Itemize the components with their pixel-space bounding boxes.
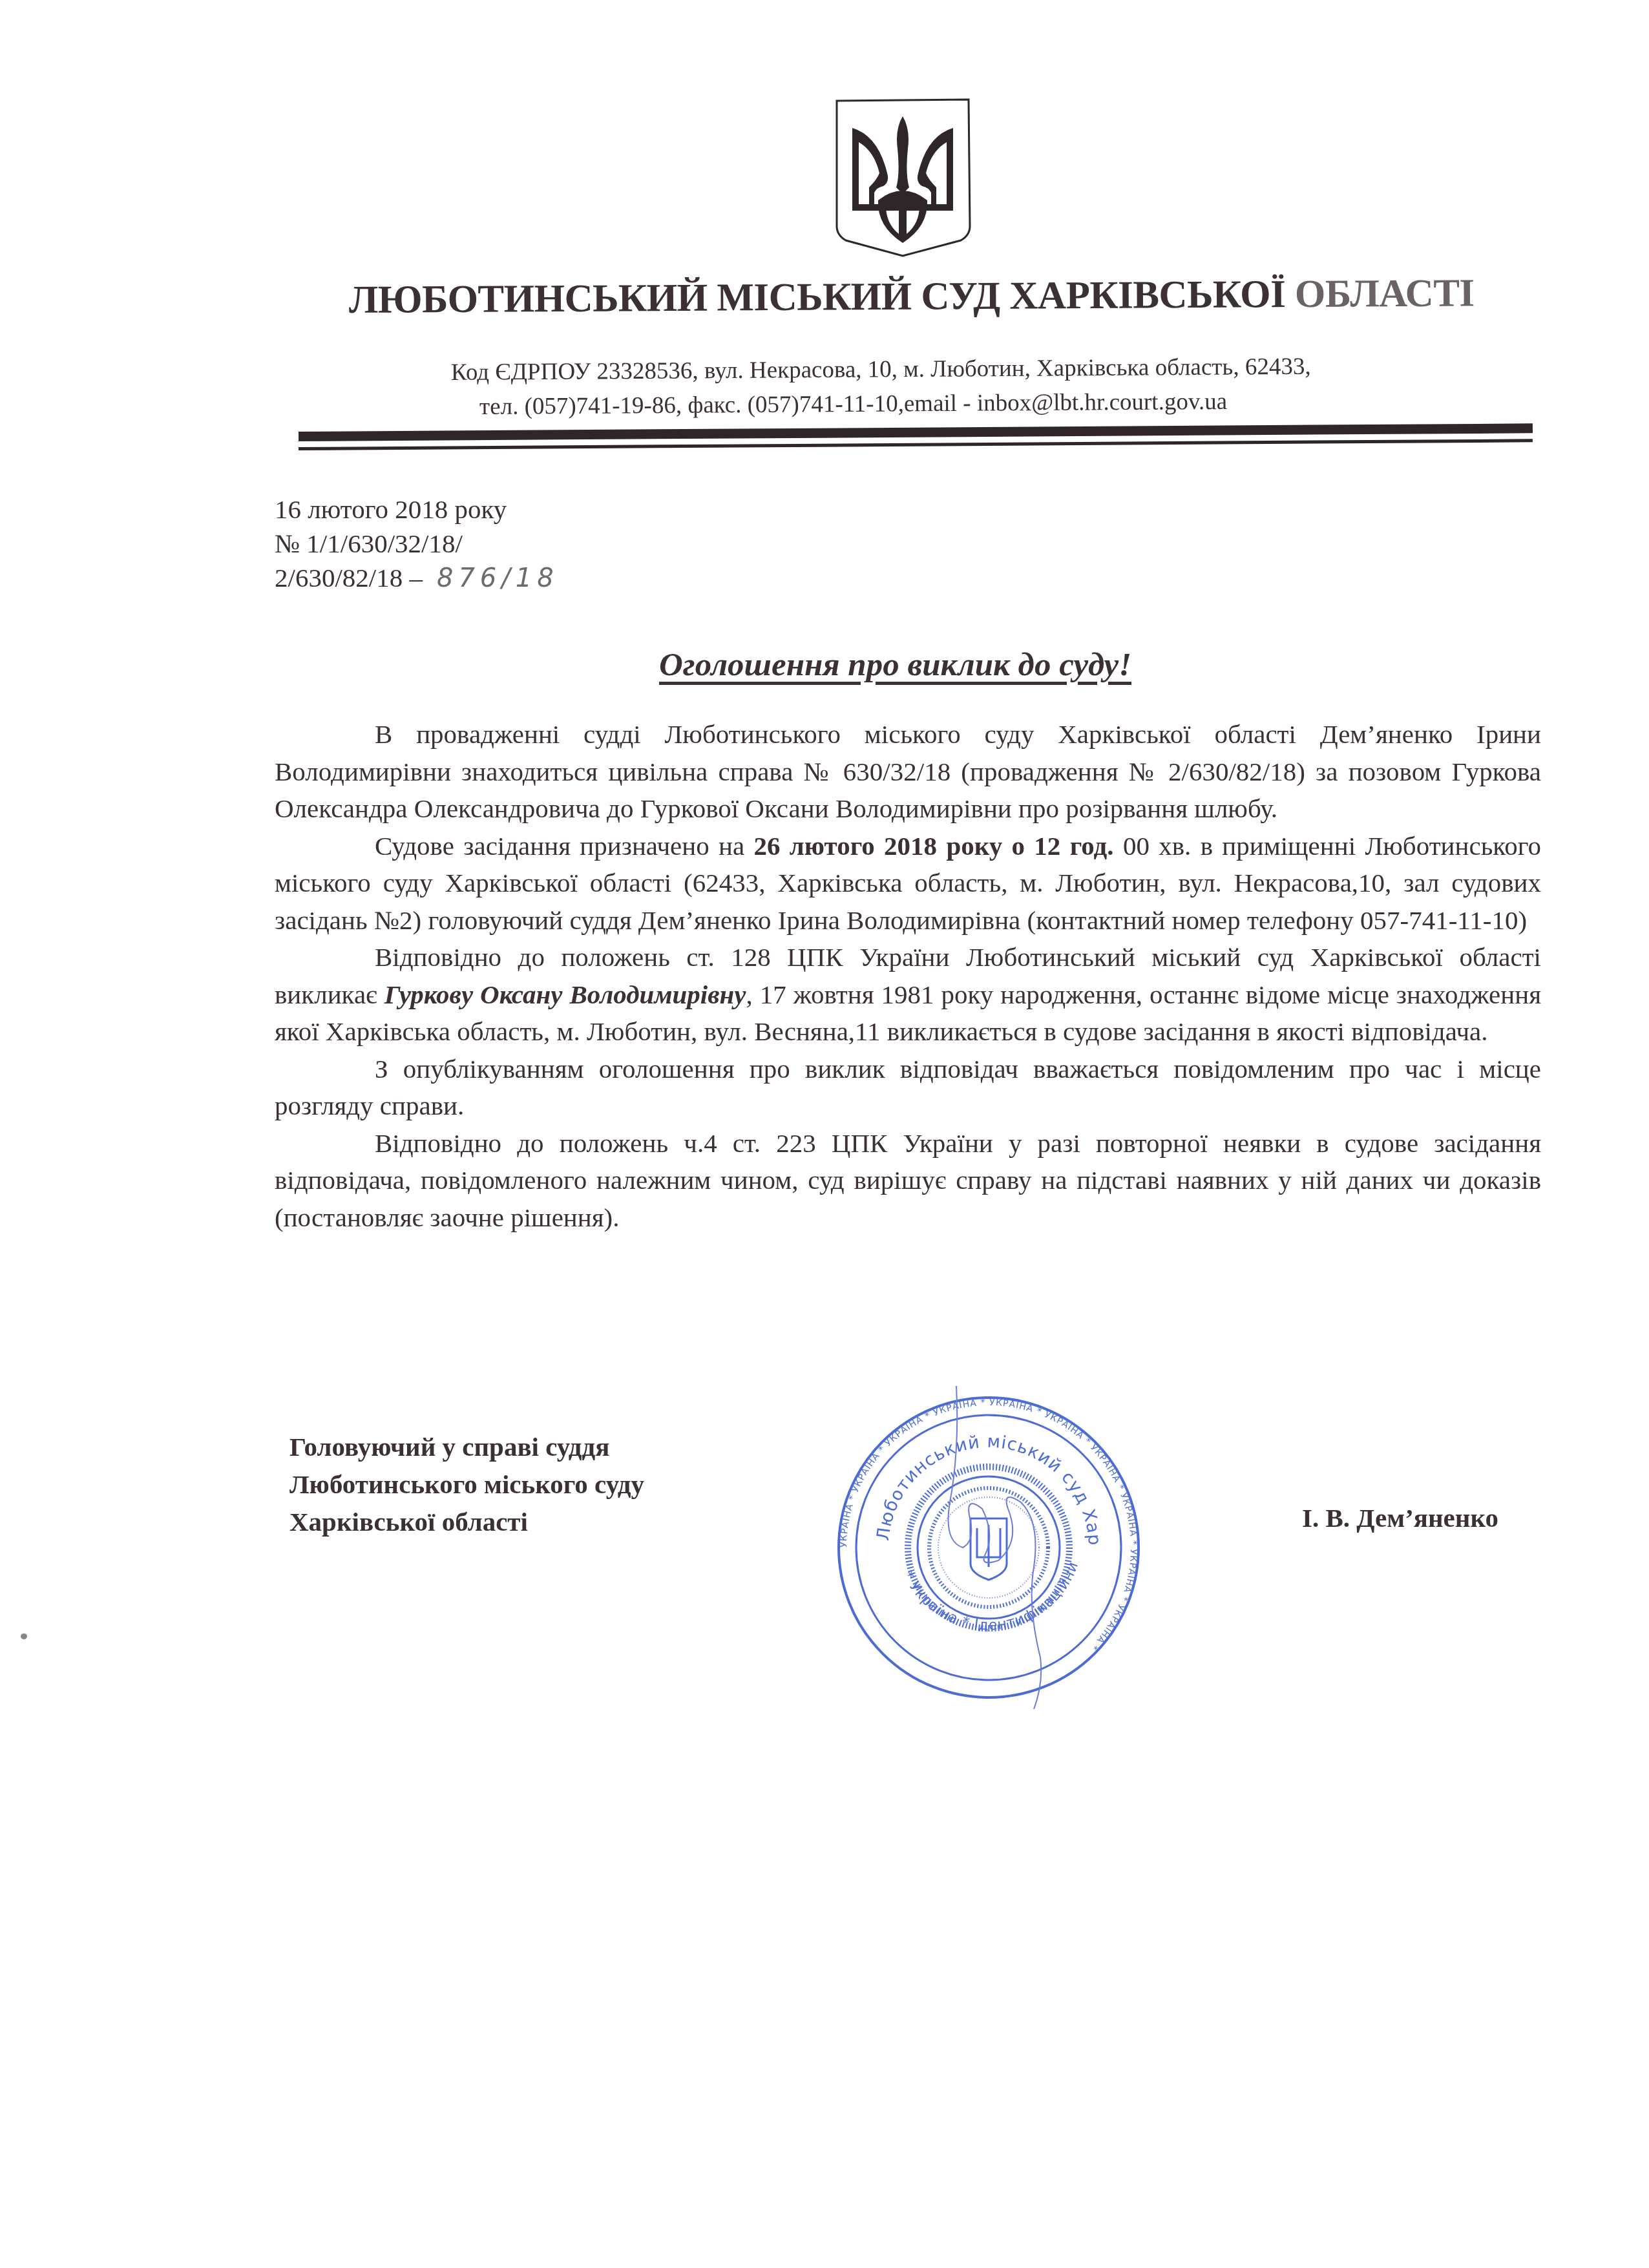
court-title: ЛЮБОТИНСЬКИЙ МІСЬКИЙ СУД ХАРКІВСЬКОЇ ОБЛ… — [349, 271, 1512, 323]
paragraph-summons: Відповідно до положень ст. 128 ЦПК Украї… — [275, 939, 1541, 1051]
hearing-datetime: 26 лютого 2018 року о 12 год. — [753, 831, 1113, 861]
scan-speck — [21, 1633, 27, 1639]
header-divider-thin — [299, 439, 1533, 450]
paragraph-default-judgment: Відповідно до положень ч.4 ст. 223 ЦПК У… — [275, 1125, 1541, 1237]
hearing-intro: Судове засідання призначено на — [375, 831, 753, 861]
document-date: 16 лютого 2018 року — [275, 492, 559, 527]
header-divider-thick — [299, 423, 1533, 441]
announcement-body: В провадженні судді Люботинського місько… — [275, 716, 1541, 1236]
handwritten-registration-number: 876/18 — [437, 563, 559, 593]
defendant-name: Гуркову Оксану Володимирівну — [384, 980, 746, 1009]
trident-coat-of-arms-icon — [832, 97, 974, 258]
paragraph-case-info: В провадженні судді Люботинського місько… — [275, 716, 1541, 828]
signatory-title-line2: Люботинського міського суду — [289, 1465, 644, 1503]
document-number-line2: 2/630/82/18 –876/18 — [275, 561, 559, 596]
signatory-title-line1: Головуючий у справі суддя — [289, 1428, 644, 1465]
signatory-title: Головуючий у справі суддя Люботинського … — [289, 1428, 644, 1540]
court-seal-stamp-icon: УКРАЇНА * УКРАЇНА * УКРАЇНА * УКРАЇНА * … — [827, 1386, 1150, 1709]
document-meta: 16 лютого 2018 року № 1/1/630/32/18/ 2/6… — [275, 492, 559, 596]
paragraph-hearing-date: Судове засідання призначено на 26 лютого… — [275, 828, 1541, 940]
contacts-address: Код ЄДРПОУ 23328536, вул. Некрасова, 10,… — [451, 353, 1311, 386]
court-title-end: ОБЛАСТІ — [1295, 271, 1475, 316]
paragraph-publication-notice: З опублікуванням оголошення про виклик в… — [275, 1051, 1541, 1125]
signatory-name: І. В. Дем’яненко — [1302, 1502, 1498, 1533]
document-page: ЛЮБОТИНСЬКИЙ МІСЬКИЙ СУД ХАРКІВСЬКОЇ ОБЛ… — [0, 0, 1649, 2268]
document-number-line1: № 1/1/630/32/18/ — [275, 527, 559, 561]
announcement-heading: Оголошення про виклик до суду! — [659, 646, 1131, 684]
document-number-line2-text: 2/630/82/18 – — [275, 563, 423, 593]
court-title-main: ЛЮБОТИНСЬКИЙ МІСЬКИЙ СУД ХАРКІВСЬКОЇ — [349, 273, 1286, 322]
contacts-phone-email: тел. (057)741-19-86, факс. (057)741-11-1… — [479, 388, 1227, 421]
signatory-title-line3: Харківської області — [289, 1503, 644, 1540]
